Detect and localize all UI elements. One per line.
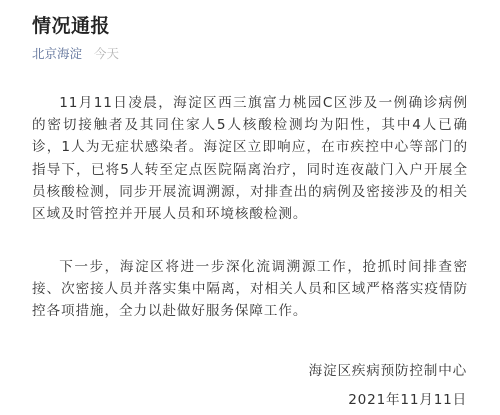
- article-title: 情况通报: [32, 11, 110, 38]
- source-account-link[interactable]: 北京海淀: [32, 46, 82, 61]
- publish-time: 今天: [94, 46, 119, 61]
- signature-date: 2021年11月11日: [348, 388, 467, 408]
- article-paragraph-2: 下一步，海淀区将进一步深化流调溯源工作，抢抓时间排查密接、次密接人员并落实集中隔…: [32, 256, 468, 323]
- article-paragraph-1: 11月11日凌晨，海淀区西三旗富力桃园C区涉及一例确诊病例的密切接触者及其同住家…: [32, 92, 468, 225]
- article-meta: 北京海淀 今天: [32, 44, 119, 62]
- signature-organization: 海淀区疾病预防控制中心: [309, 359, 467, 379]
